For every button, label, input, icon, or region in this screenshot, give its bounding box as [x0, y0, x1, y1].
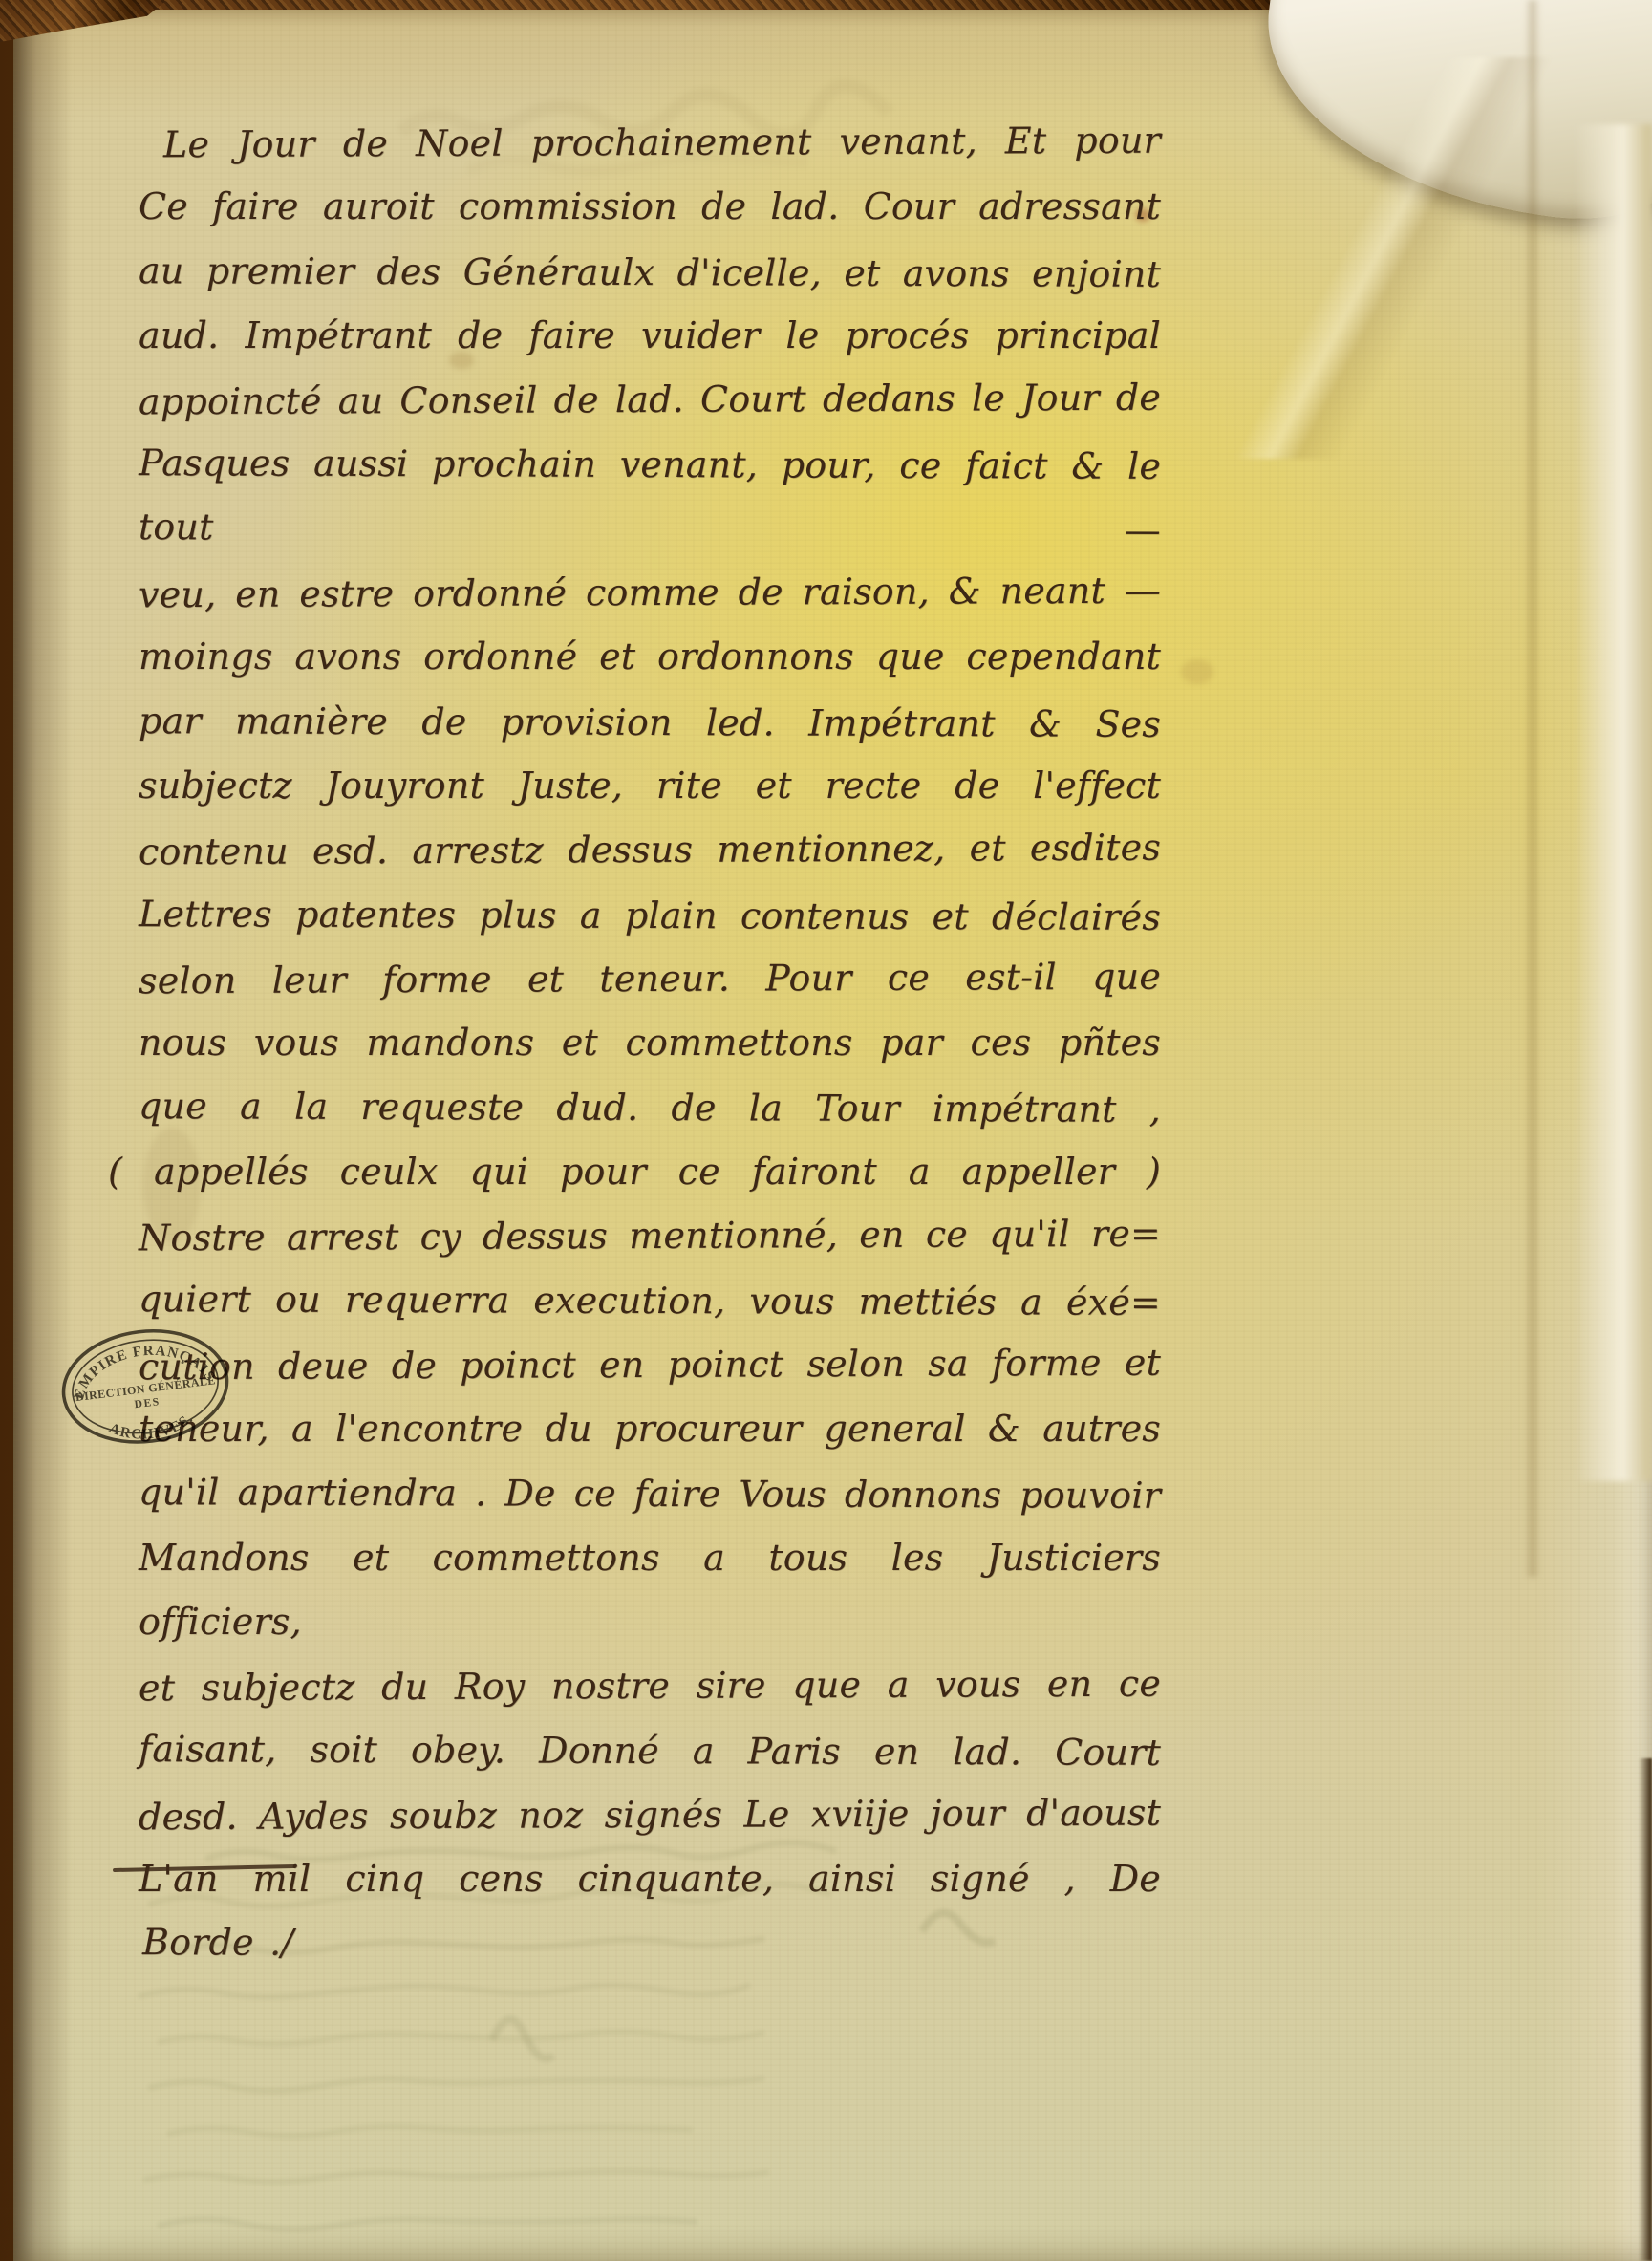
manuscript-line: subjectz Jouyront Juste, rite et recte d… [139, 754, 1161, 818]
manuscript-line: faisant, soit obey. Donné a Paris en lad… [139, 1718, 1161, 1786]
manuscript-line: Ce faire auroit commission de lad. Cour … [139, 175, 1161, 239]
archives-stamp: EMPIRE FRANÇAIS DIRECTION GÉNÉRALE DES A… [53, 1317, 236, 1457]
manuscript-photo: Le Jour de Noel prochainement venant, Et… [0, 0, 1652, 2261]
manuscript-line: Mandons et commettons a tous les Justici… [139, 1526, 1161, 1655]
manuscript-line: desd. Aydes soubz noz signés Le xviije j… [139, 1780, 1161, 1849]
manuscript-line: qu'il apartiendra . De ce faire Vous don… [139, 1460, 1161, 1528]
manuscript-line: nous vous mandons et commettons par ces … [139, 1011, 1161, 1075]
manuscript-line: moings avons ordonné et ordonnons que ce… [139, 625, 1161, 689]
manuscript-line: L'an mil cinq cens cinquante, ainsi sign… [139, 1847, 1161, 1911]
manuscript-text-block: Le Jour de Noel prochainement venant, Et… [139, 111, 1161, 1976]
manuscript-line: selon leur forme et teneur. Pour ce est-… [139, 945, 1161, 1014]
page-edge-shadow-right [1639, 1758, 1652, 2261]
manuscript-line: veu, en estre ordonné comme de raison, &… [139, 559, 1161, 628]
manuscript-line: Pasques aussi prochain venant, pour, ce … [139, 432, 1161, 564]
manuscript-line: au premier des Généraulx d'icelle, et av… [139, 239, 1161, 307]
manuscript-line: appoincté au Conseil de lad. Court dedan… [139, 366, 1161, 435]
manuscript-line: Nostre arrest cy dessus mentionné, en ce… [139, 1202, 1161, 1271]
manuscript-line: Lettres patentes plus a plain contenus e… [139, 882, 1161, 950]
manuscript-line: par manière de provision led. Impétrant … [139, 689, 1161, 757]
stamp-text-des: DES [134, 1396, 161, 1410]
manuscript-line: et subjectz du Roy nostre sire que a vou… [139, 1652, 1161, 1721]
vertical-fold-crease [1525, 0, 1540, 1577]
manuscript-line: quiert ou requerra execution, vous metti… [139, 1267, 1161, 1335]
manuscript-line: teneur, a l'encontre du procureur genera… [139, 1397, 1161, 1461]
paper-stain [1181, 659, 1213, 684]
manuscript-line: cution deue de poinct en poinct selon sa… [139, 1330, 1161, 1399]
manuscript-line: Borde ./ [139, 1910, 1161, 1978]
manuscript-line: que a la requeste dud. de la Tour impétr… [139, 1075, 1161, 1143]
manuscript-line: contenu esd. arrestz dessus mentionnez, … [139, 816, 1161, 885]
page-right-edge-highlight [1575, 124, 1652, 1481]
manuscript-line: ( appellés ceulx qui pour ce fairont a a… [108, 1140, 1161, 1204]
manuscript-line: Le Jour de Noel prochainement venant, Et… [139, 109, 1161, 178]
manuscript-line: aud. Impétrant de faire vuider le procés… [139, 304, 1161, 368]
